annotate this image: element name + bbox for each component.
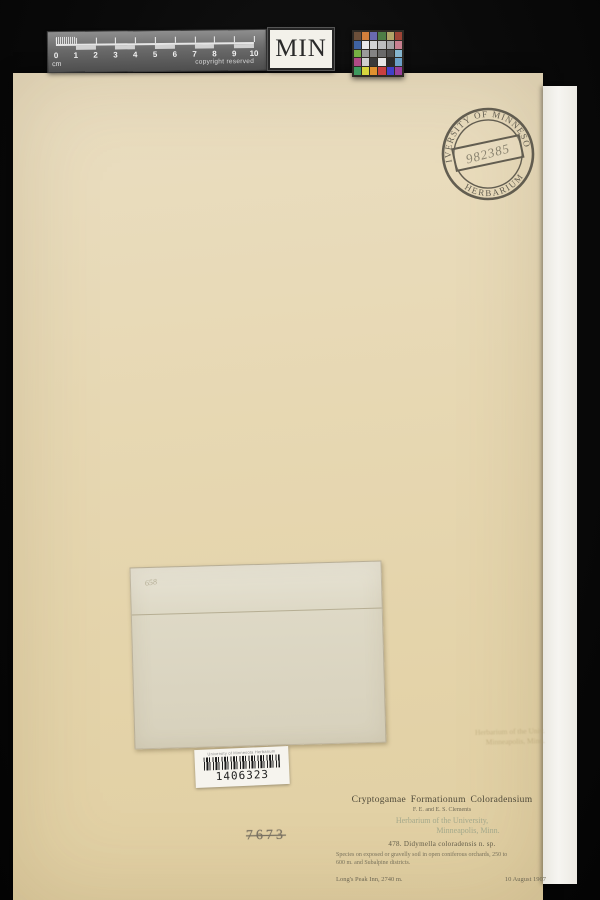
institution-code-plate: MIN xyxy=(268,28,334,70)
scale-tick xyxy=(234,36,235,42)
color-patch xyxy=(354,50,361,58)
label-description-line2: 600 m. and Subalpine districts. xyxy=(336,860,548,868)
color-patch xyxy=(362,58,369,66)
color-patch xyxy=(387,32,394,40)
label-bottom-row: Long's Peak Inn, 2740 m. 10 August 1907 xyxy=(336,876,548,883)
packet-flap xyxy=(131,562,382,615)
scale-tick-number: 3 xyxy=(113,50,118,59)
scale-tick xyxy=(115,37,116,43)
specimen-photo: 012345678910 cm copyright reserved MIN U… xyxy=(0,0,600,900)
inkstamp-line1: Herbarium of the University, xyxy=(396,816,488,825)
scale-tick xyxy=(194,37,195,43)
color-patch xyxy=(362,67,369,75)
specimen-packet: 658 xyxy=(130,561,387,750)
scale-tick xyxy=(155,37,156,43)
scale-bar: 012345678910 cm copyright reserved xyxy=(48,30,266,72)
label-series-title: Cryptogamae Formationum Coloradensium xyxy=(336,795,548,805)
scale-alt-block xyxy=(234,44,254,48)
color-patch xyxy=(354,67,361,75)
color-calibration-card xyxy=(352,30,404,77)
scale-tick xyxy=(175,37,176,43)
color-patch xyxy=(362,50,369,58)
color-patch xyxy=(370,67,377,75)
label-collectors: F. E. and E. S. Clements xyxy=(336,807,548,813)
university-accession-stamp: UNIVERSITY OF MINNESOTA HERBARIUM 982385 xyxy=(419,85,557,223)
scale-tick-number: 4 xyxy=(133,50,138,59)
scale-tick-number: 0 xyxy=(54,51,59,60)
scale-tick-number: 8 xyxy=(212,49,217,58)
color-patch xyxy=(378,50,385,58)
scale-tick xyxy=(135,37,136,43)
scale-tick-number: 10 xyxy=(250,49,259,58)
label-herbarium-inkstamp: Herbarium of the University, Minneapolis… xyxy=(336,816,548,836)
color-patch xyxy=(362,41,369,49)
scale-tick-number: 7 xyxy=(192,50,197,59)
color-patch xyxy=(354,41,361,49)
color-patch xyxy=(378,32,385,40)
backing-paper-strip xyxy=(543,86,577,884)
color-patch xyxy=(395,58,402,66)
label-locality: Long's Peak Inn, 2740 m. xyxy=(336,876,403,883)
color-patch xyxy=(354,58,361,66)
color-patch xyxy=(378,58,385,66)
scale-tick xyxy=(76,38,77,44)
old-catalog-number-stamp: 7673 xyxy=(246,828,286,845)
color-patch xyxy=(387,41,394,49)
scale-tick xyxy=(214,36,215,42)
scale-unit-label: cm xyxy=(52,61,61,68)
color-patch xyxy=(395,50,402,58)
color-patch xyxy=(387,58,394,66)
color-patch xyxy=(370,32,377,40)
label-species-line: 478. Didymella coloradensis n. sp. xyxy=(336,840,548,848)
color-patch xyxy=(387,50,394,58)
scale-alt-block xyxy=(155,45,175,49)
color-patch xyxy=(378,41,385,49)
scale-tick xyxy=(254,36,255,42)
color-patch xyxy=(395,67,402,75)
color-patch xyxy=(378,67,385,75)
scale-ticks: 012345678910 xyxy=(48,30,266,32)
barcode-label: University of Minnesota Herbarium 140632… xyxy=(194,746,290,788)
color-patch xyxy=(370,41,377,49)
scale-alt-block xyxy=(76,46,96,50)
scale-alt-block xyxy=(195,44,215,48)
scale-copyright-label: copyright reserved xyxy=(195,58,254,66)
scale-tick xyxy=(95,38,96,44)
color-patch xyxy=(354,32,361,40)
color-patch xyxy=(370,50,377,58)
scale-tick-number: 2 xyxy=(93,51,98,60)
label-description-line1: Species on exposed or gravelly soil in o… xyxy=(336,852,548,860)
institution-code-label: MIN xyxy=(275,35,327,63)
color-patch xyxy=(362,32,369,40)
scale-tick-number: 6 xyxy=(173,50,178,59)
inkstamp-line2: Minneapolis, Minn. xyxy=(362,826,574,836)
label-date: 10 August 1907 xyxy=(505,876,546,883)
color-patch xyxy=(370,58,377,66)
color-patch xyxy=(395,41,402,49)
exsiccata-label: Cryptogamae Formationum Coloradensium F.… xyxy=(336,795,548,883)
scale-tick-number: 1 xyxy=(74,51,79,60)
scale-tick-number: 9 xyxy=(232,49,237,58)
showthrough-stamp: Herbarium of the Univ. Minneapolis, Minn… xyxy=(395,726,545,750)
scale-tick-number: 5 xyxy=(153,50,158,59)
label-description: Species on exposed or gravelly soil in o… xyxy=(336,852,548,867)
scale-alt-block xyxy=(115,45,135,49)
scale-tick xyxy=(56,38,57,44)
barcode-number: 1406323 xyxy=(195,767,289,784)
color-patch xyxy=(387,67,394,75)
color-patch xyxy=(395,32,402,40)
